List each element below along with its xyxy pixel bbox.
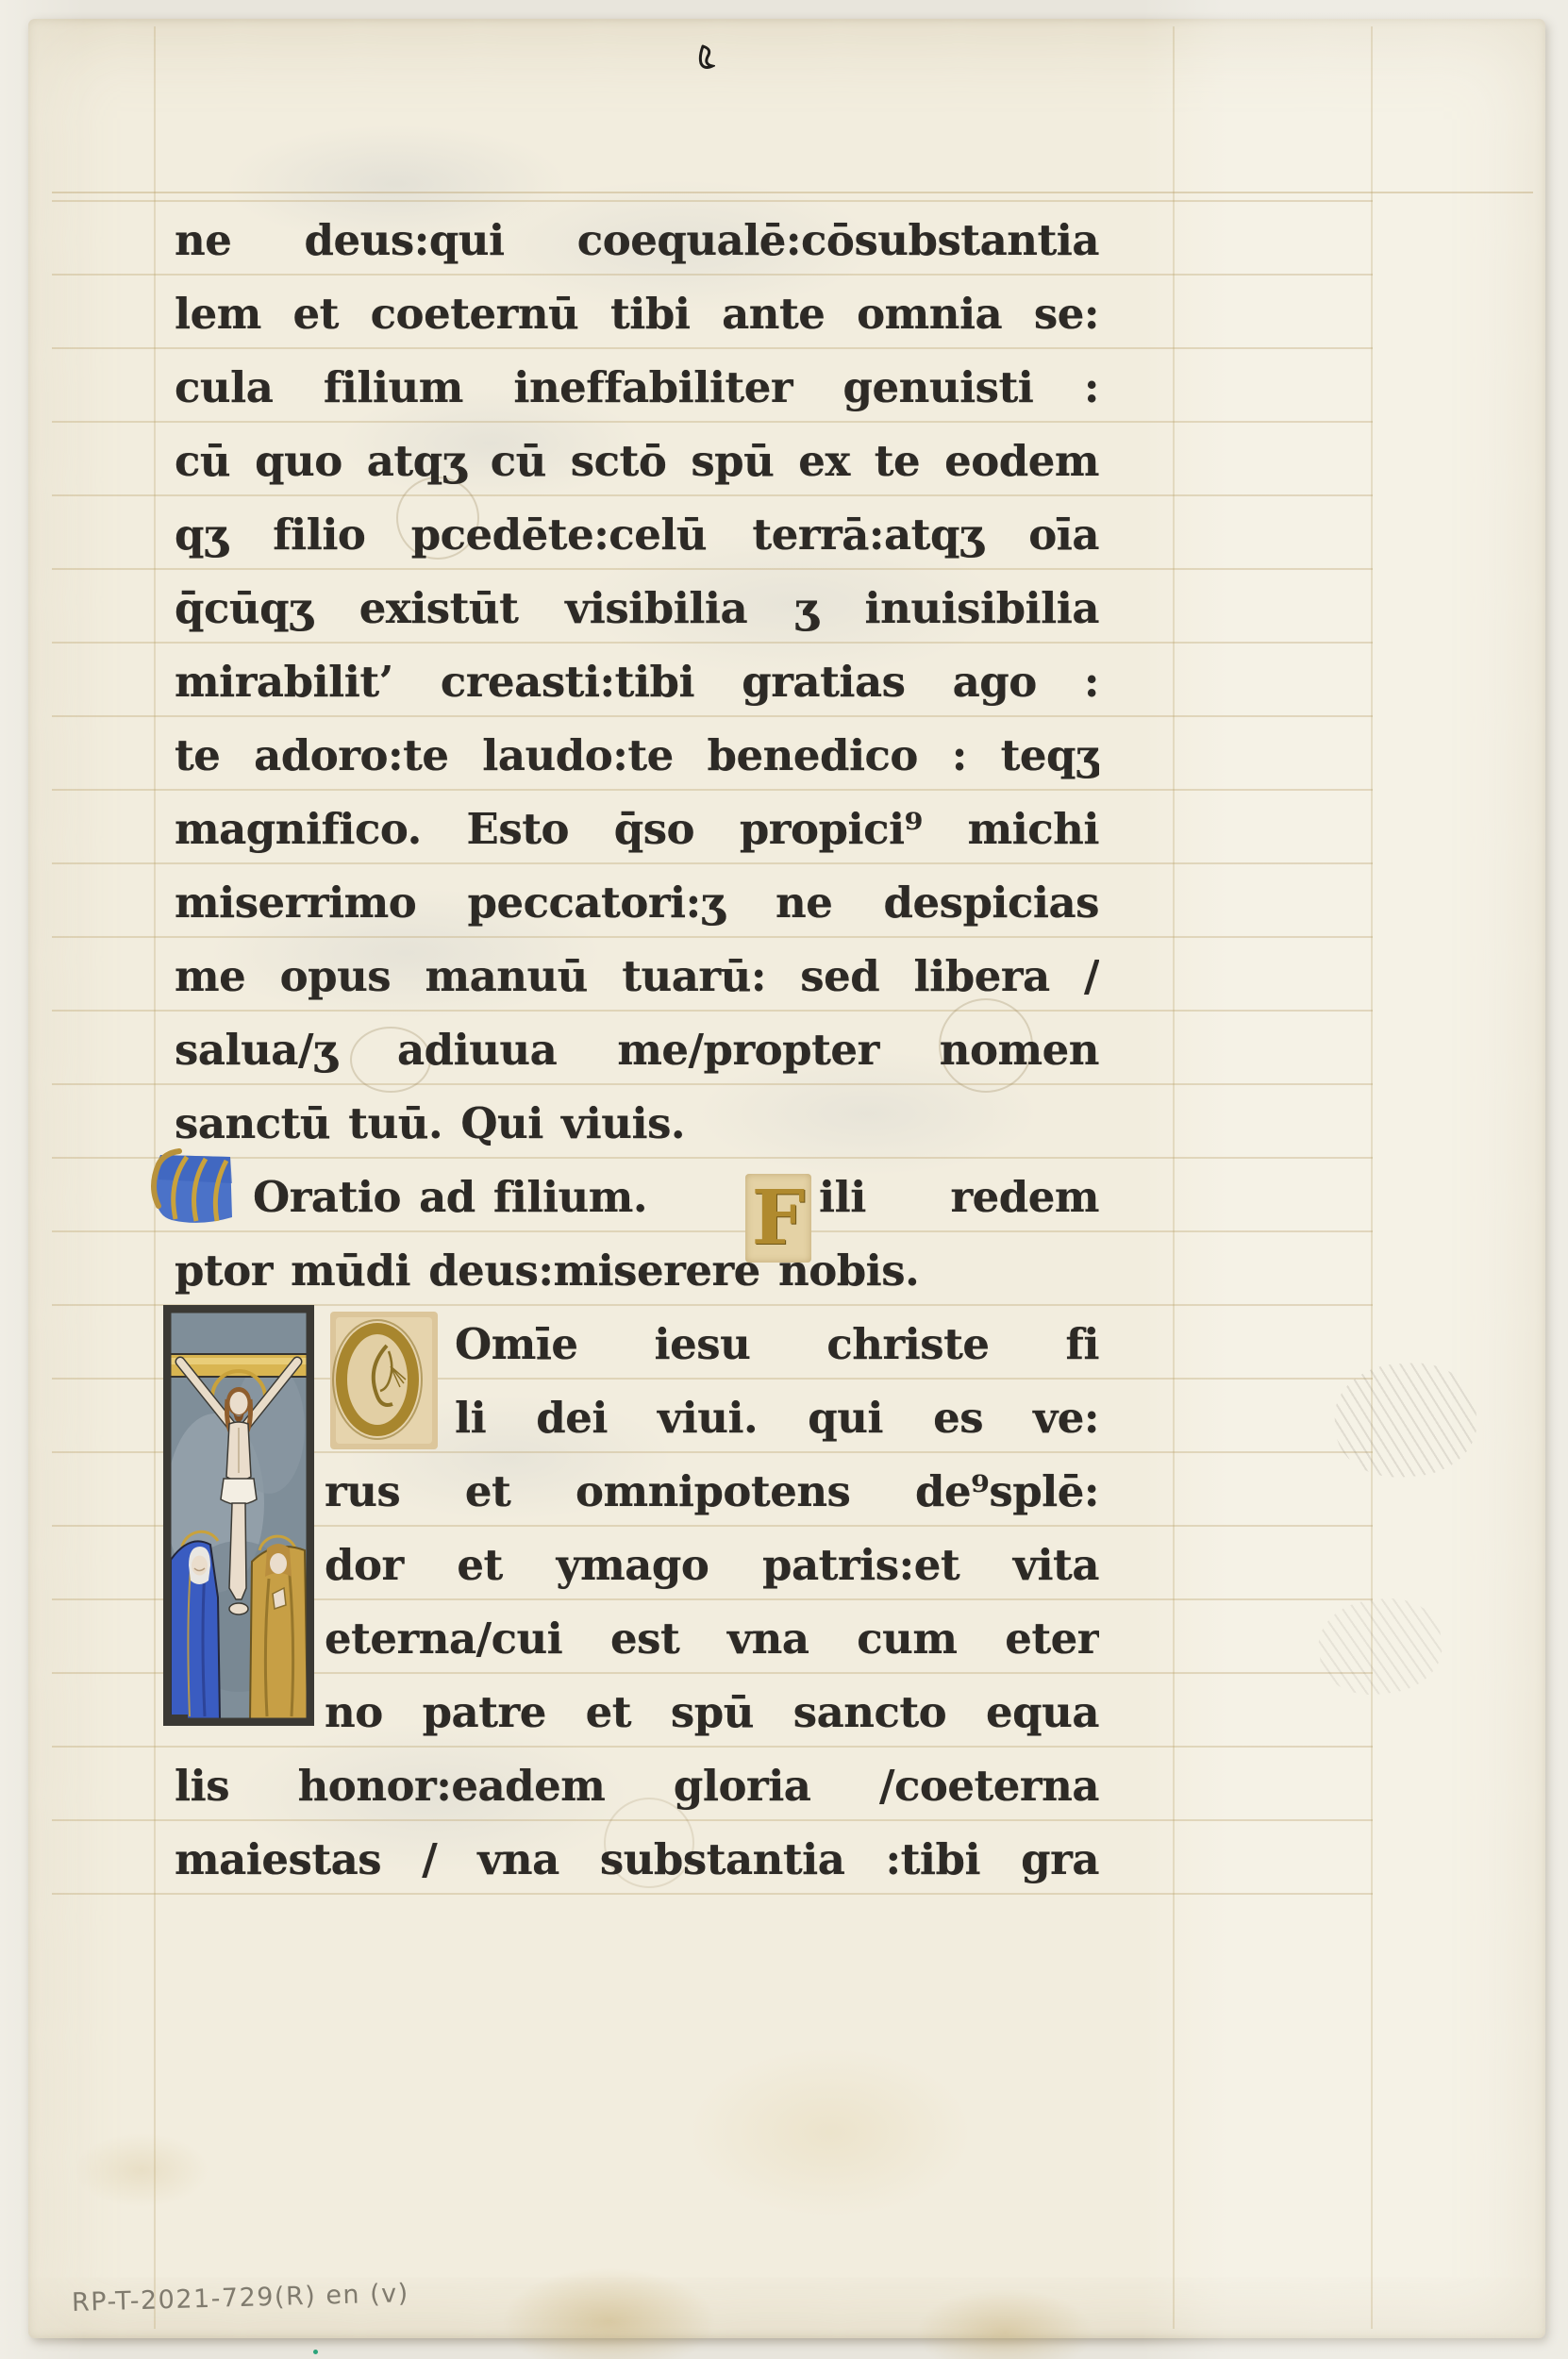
text-line: ptor mūdi deus:miserere nobis. [175, 1236, 919, 1310]
text-line: ne deus:qui coequalē:cōsubstantia [175, 206, 1099, 279]
scanned-page: ne deus:qui coequalē:cōsubstantia lem et… [0, 0, 1568, 2359]
gold-initial-o [328, 1310, 440, 1451]
text-line: cula filium ineffabiliter genuisti : [175, 353, 1099, 427]
rubric-line: Oratio ad filium. [253, 1163, 647, 1236]
mary-figure [171, 1531, 220, 1720]
text-line: me opus manuū tuarū: sed libera / [175, 942, 1099, 1015]
text-line: qʒ filio pcedēte:celū terrā:atqʒ oīa [175, 500, 1099, 574]
text-line: ili redem [819, 1163, 1099, 1236]
text-line: te adoro:te laudo:te benedico : teqʒ [175, 721, 1099, 795]
blue-gold-paraph-ornament [147, 1146, 245, 1230]
text-line: lis honor:eadem gloria /coeterna [175, 1751, 1099, 1825]
john-figure [250, 1536, 308, 1720]
text-line: maiestas / vna substantia :tibi gra [175, 1825, 1099, 1899]
text-line: rus et omnipotens de⁹splē: [325, 1457, 1099, 1531]
ruling-line-vertical-right2 [1371, 26, 1373, 2329]
text-line: sanctū tuū. Qui viuis. [175, 1089, 685, 1163]
crucifixion-miniature [163, 1305, 314, 1726]
text-line: dor et ymago patris:et vita [325, 1531, 1099, 1604]
text-line: lem et coeternū tibi ante omnia se: [175, 279, 1099, 353]
text-line: eterna/cui est vna cum eter [325, 1604, 1099, 1678]
text-line: no patre et spū sancto equa [325, 1678, 1099, 1751]
text-line: mirabilit’ creasti:tibi gratias ago : [175, 647, 1099, 721]
text-line: miserrimo peccatori:ʒ ne despicias [175, 868, 1099, 942]
text-line: magnifico. Esto q̄so propici⁹ michi [175, 795, 1099, 868]
text-line: Omīe iesu christe fi [455, 1310, 1099, 1383]
ruling-line-top [52, 192, 1533, 193]
text-line: q̄cūqʒ existūt visibilia ʒ inuisibilia [175, 574, 1099, 647]
ruling-line-vertical-right1 [1173, 26, 1175, 2329]
text-line: cū quo atqʒ cū sctō spū ex te eodem [175, 427, 1099, 500]
text-line: li dei viui. qui es ve: [455, 1383, 1099, 1457]
green-speck [313, 2350, 318, 2354]
ink-mark [696, 43, 715, 72]
text-line: salua/ʒ adiuua me/propter nomen [175, 1015, 1099, 1089]
